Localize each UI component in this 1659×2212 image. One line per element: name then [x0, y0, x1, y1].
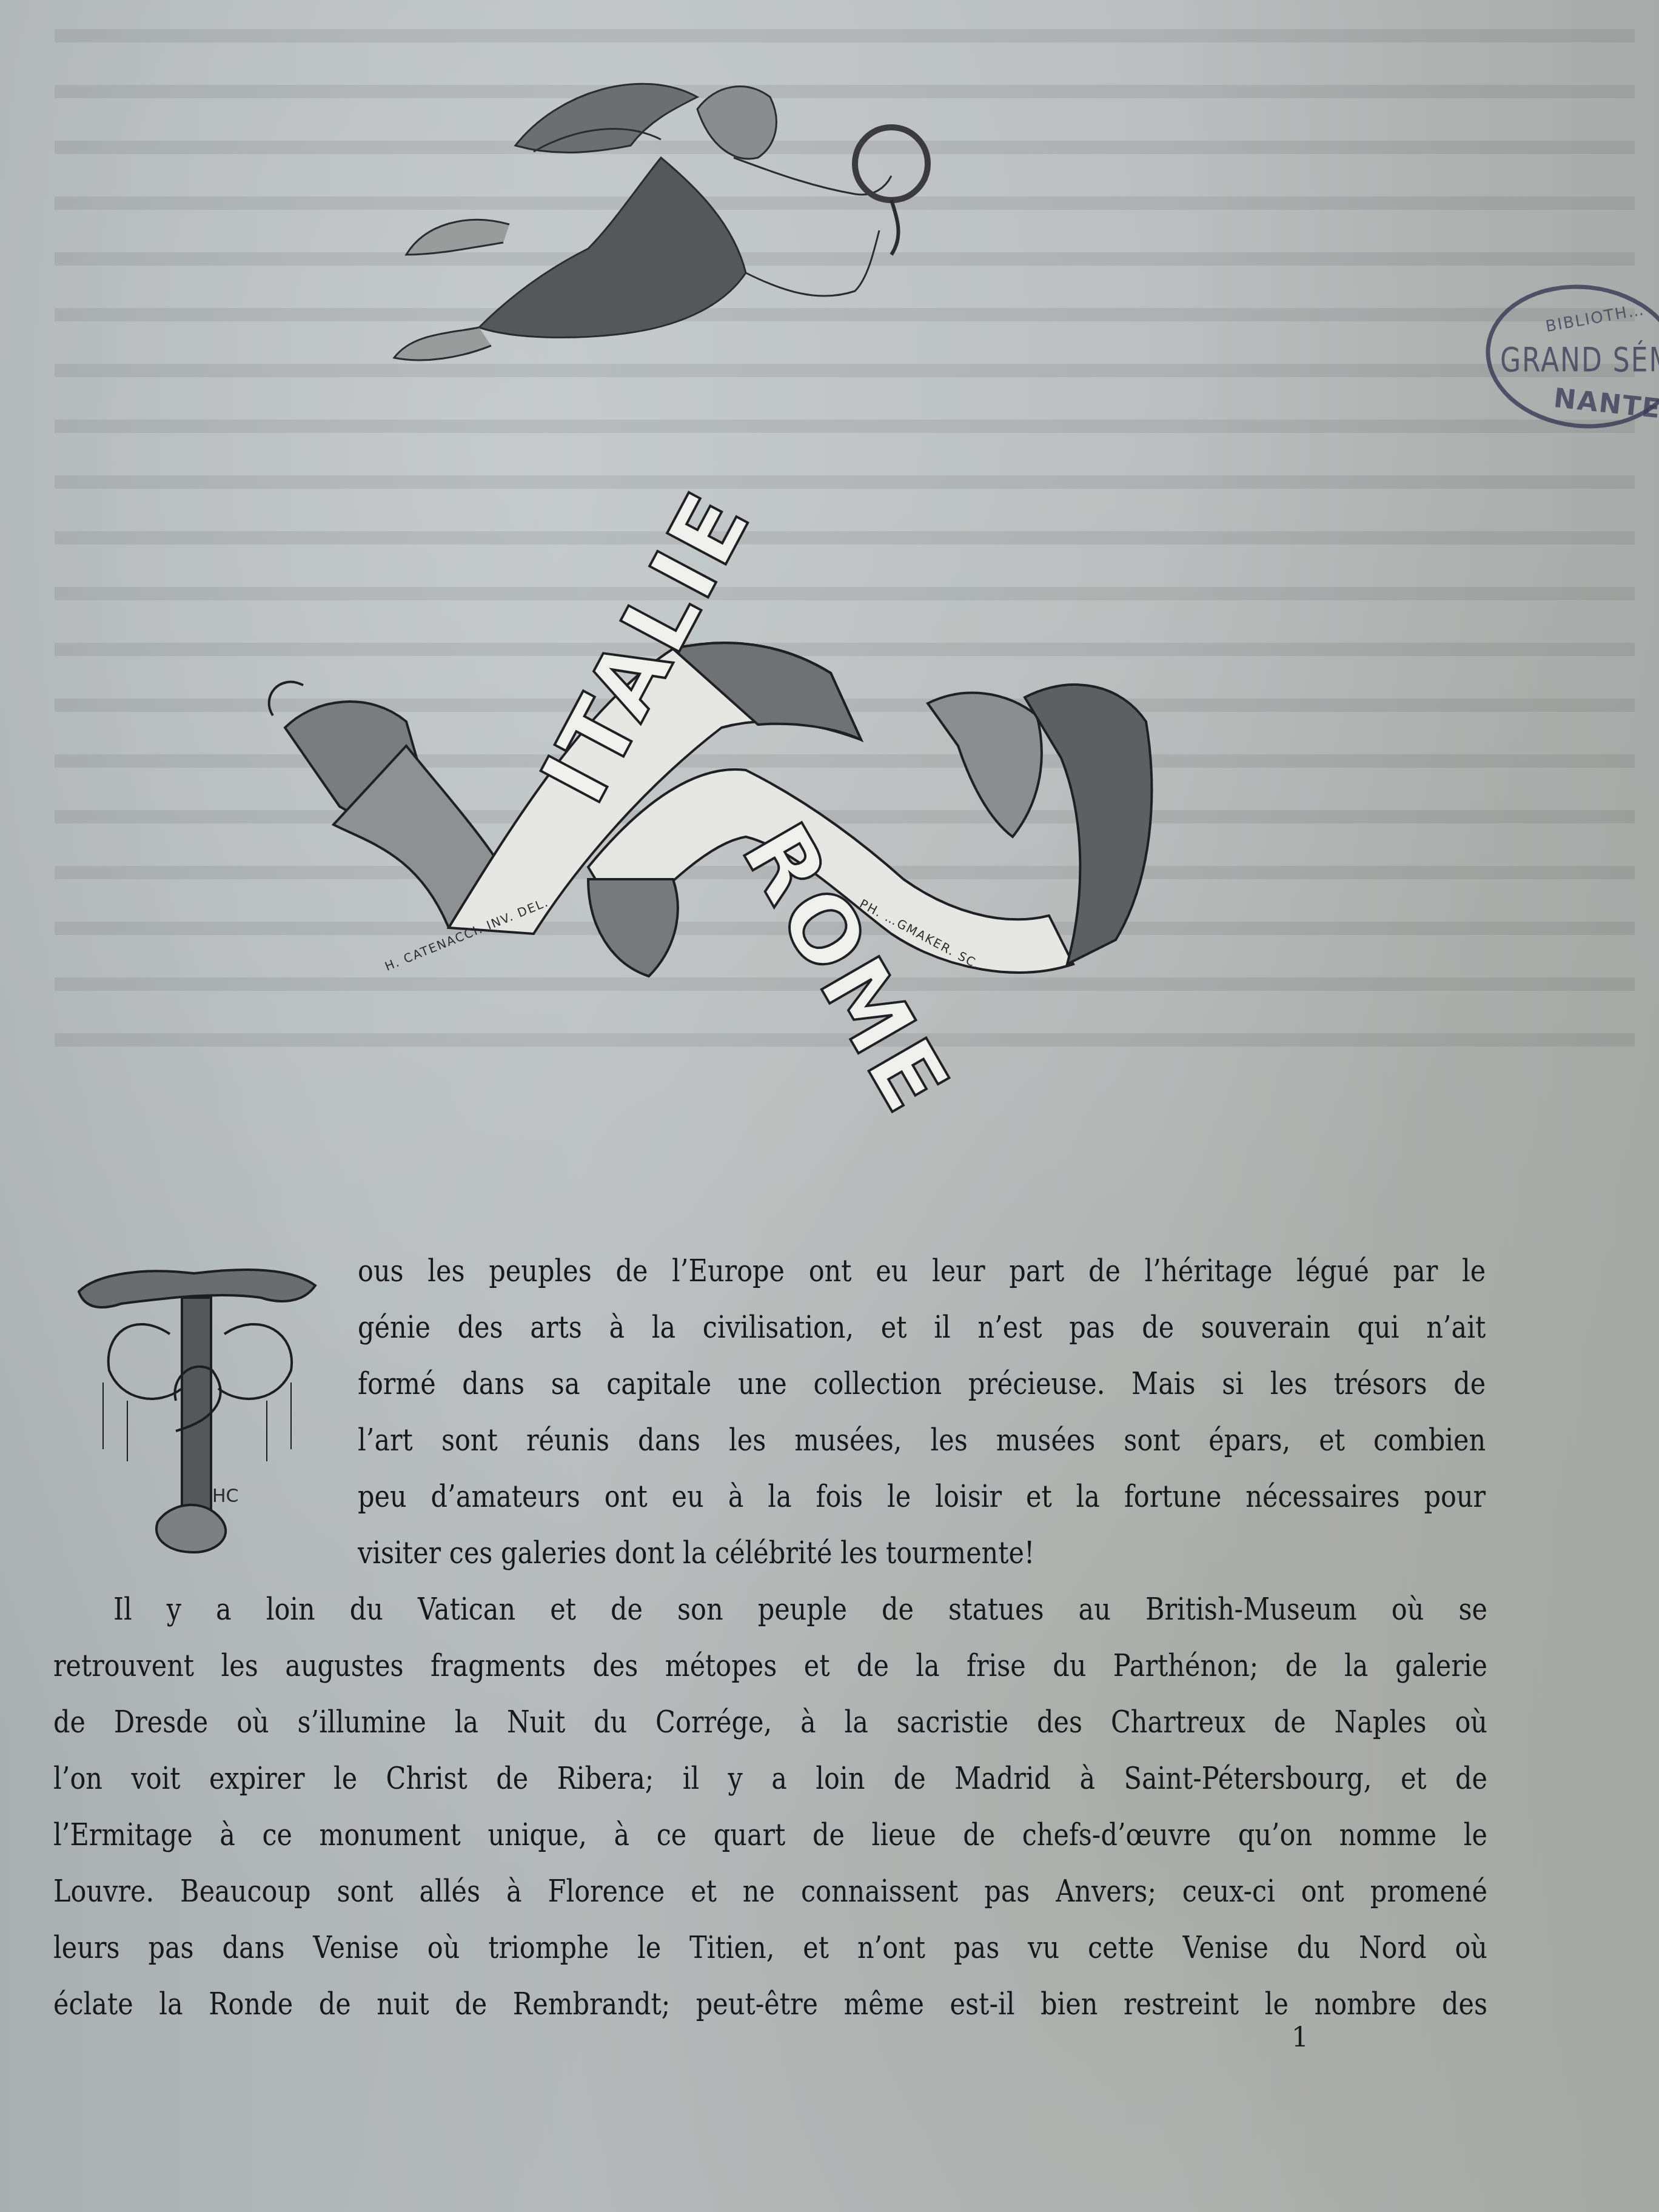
text-line: l’on voit expirer le Christ de Ribera; i…	[53, 1751, 1487, 1807]
text-line: Il y a loin du Vatican et de son peuple …	[53, 1581, 1487, 1638]
paragraph-opening: ous les peuples de l’Europe ont eu leur …	[358, 1243, 1486, 1581]
paragraph-second: Il y a loin du Vatican et de son peuple …	[53, 1581, 1487, 2033]
ribbon-ornament-icon	[249, 625, 1255, 988]
text-line: formé dans sa capitale une collection pr…	[358, 1356, 1486, 1412]
text-line: éclate la Ronde de nuit de Rembrandt; pe…	[53, 1976, 1487, 2033]
text-line: Louvre. Beaucoup sont allés à Florence e…	[53, 1863, 1487, 1920]
ornamental-drop-cap: HC	[61, 1249, 327, 1564]
text-line: l’art sont réunis dans les musées, les m…	[358, 1412, 1486, 1469]
text-line: l’Ermitage à ce monument unique, à ce qu…	[53, 1807, 1487, 1863]
text-line: retrouvent les augustes fragments des mé…	[53, 1638, 1487, 1694]
stamp-line-middle: GRAND SÉMINA…	[1500, 341, 1659, 380]
drop-cap-monogram: HC	[212, 1486, 239, 1507]
page-number: 1	[1292, 2022, 1309, 2053]
text-line: visiter ces galeries dont la célébrité l…	[358, 1525, 1486, 1581]
text-line: ous les peuples de l’Europe ont eu leur …	[358, 1243, 1486, 1299]
text-line: peu d’amateurs ont eu à la fois le loisi…	[358, 1469, 1486, 1525]
text-line: de Dresde où s’illumine la Nuit du Corré…	[53, 1694, 1487, 1751]
angel-engraving	[358, 73, 1164, 388]
drop-cap-letter-t-icon	[61, 1249, 327, 1564]
library-stamp: BIBLIOTH… GRAND SÉMINA… NANTES	[1486, 285, 1659, 437]
title-banner: ITALIE ROME	[249, 625, 1255, 988]
text-line: leurs pas dans Venise où triomphe le Tit…	[53, 1920, 1487, 1976]
text-line: génie des arts à la civilisation, et il …	[358, 1299, 1486, 1356]
